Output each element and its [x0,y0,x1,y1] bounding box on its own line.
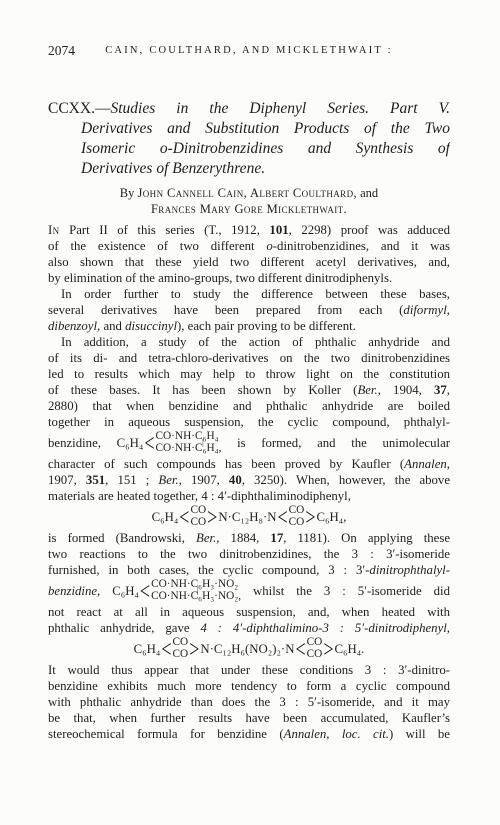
title-line: Isomeric o-Dinitrobenzidines and Synthes… [48,139,450,159]
page-header: 2074 CAIN, COULTHARD, AND MICKLETHWAIT : [48,43,450,59]
stack-row-bottom: CO [190,517,206,529]
text-segment: , 3250). When, however, the above [242,473,450,487]
body-line: In Part II of this series (T., 1912, 101… [48,222,450,238]
bond-line-icon: | [202,439,204,447]
text-segment: C₆H₄ [152,510,179,524]
angle-bracket-open-icon: < [144,431,154,455]
text-segment: C₆H₄. [334,642,364,656]
text-segment: several derivatives have been prepared f… [48,303,403,317]
formula-stack: COCO [190,505,206,529]
text-segment: In addition, a study of the action of ph… [61,335,450,349]
text-segment: By [120,186,138,200]
text-segment: is formed, and the unimolecular [221,436,450,450]
formula-line: C₆H₄<COCO>N·C₁₂H₆(NO₂)₂·N<COCO>C₆H₄. [48,636,450,662]
body-line: led to results which may help to throw l… [48,366,450,382]
text-segment: , 1907, [179,473,229,487]
angle-bracket-open-icon: < [277,505,287,529]
text-segment: N·C₁₂H₆(NO₂)₂·N [200,642,294,656]
stack-row-bottom: CO [172,649,188,661]
text-segment: benzidine, C₆H₄ [48,436,143,450]
text-segment: Frances Mary Gore Micklethwait. [151,202,347,216]
body-line: phthalic anhydride, gave 4 : 4′-diphthal… [48,620,450,636]
text-segment: be that, when further results have been … [48,711,450,725]
formula-stack: COCO [172,637,188,661]
text-segment: of these bases. It has been shown by Kol… [48,383,357,397]
body-line: also shown that these yield two differen… [48,254,450,270]
text-segment: and [357,186,378,200]
text-segment: character of such compounds has been pro… [48,457,404,471]
body-line: 1907, 351, 151 ; Ber., 1907, 40, 3250). … [48,472,450,488]
stack-row-bottom: CO [289,517,305,529]
body-line: is formed (Bandrowski, Ber., 1884, 17, 1… [48,530,450,546]
text-segment: , 1904, [378,383,434,397]
text-segment: furnished, in both cases, the cyclic com… [48,563,369,577]
text-segment: 40 [229,473,242,487]
text-segment: disuccinyl [125,319,177,333]
text-segment: diformyl [403,303,446,317]
text-segment: C₆H₄, [317,510,347,524]
byline: By John Cannell Cain, Albert Coulthard, … [48,185,450,217]
stack-row-bottom: CO·NH·C₆H₄, [155,443,221,455]
page-number: 2074 [48,43,75,59]
body-line: It would thus appear that under these co… [48,662,450,678]
body-line: character of such compounds has been pro… [48,456,450,472]
text-segment: Ber. [357,383,377,397]
text-segment: two reactions to the two dinitrobenzidin… [48,547,450,561]
angle-bracket-open-icon: < [179,505,189,529]
text-segment: , 1884, [216,531,270,545]
formula-stack: COCO [307,637,323,661]
body-line: benzidine exhibits much more tendency to… [48,678,450,694]
text-segment: , 1181). On applying these [283,531,450,545]
text-segment: In order further to study the difference… [61,287,450,301]
text-segment: led to results which may help to throw l… [48,367,450,381]
body-line: dibenzoyl, and disuccinyl), each pair pr… [48,318,450,334]
text-segment: whilst the 3 : 5′-isomeride did [241,584,450,598]
text-segment: CCXX.— [48,100,110,117]
text-segment: Derivatives of Benzerythrene. [81,160,265,177]
text-segment: C₆H₄ [100,584,139,598]
body-line: 2880) that when benzidine and phthalic a… [48,398,450,414]
text-segment: together in aqueous suspension, the cycl… [48,415,450,429]
text-segment: is formed (Bandrowski, [48,531,196,545]
text-segment: , [447,457,450,471]
byline-line: By John Cannell Cain, Albert Coulthard, … [48,185,450,201]
text-segment: John Cannell Cain, Albert Coulthard, [138,186,357,200]
angle-bracket-open-icon: < [161,637,171,661]
article-body: In Part II of this series (T., 1912, 101… [48,222,450,742]
body-line: with phthalic anhydride than does the 3 … [48,694,450,710]
angle-bracket-open-icon: < [295,637,305,661]
body-line: two reactions to the two dinitrobenzidin… [48,546,450,562]
text-segment: In [48,223,60,237]
text-segment: also shown that these yield two differen… [48,255,450,269]
text-segment: , 151 ; [105,473,158,487]
text-segment: benzidine, [48,584,100,598]
text-segment: 1907, [48,473,86,487]
text-segment: dinitrophthalyl- [369,563,450,577]
text-segment: , [447,383,450,397]
angle-bracket-close-icon: > [305,505,315,529]
body-line: In addition, a study of the action of ph… [48,334,450,350]
text-segment: Isomeric o-Dinitrobenzidines and Synthes… [81,140,450,157]
angle-bracket-close-icon: > [207,505,217,529]
body-line: furnished, in both cases, the cyclic com… [48,562,450,578]
angle-bracket-close-icon: > [189,637,199,661]
body-line: several derivatives have been prepared f… [48,302,450,318]
text-segment: phthalic anhydride, gave [48,621,200,635]
text-segment: materials are heated together, 4 : 4′-di… [48,489,351,503]
text-segment: Ber. [196,531,216,545]
text-segment: Annalen, loc. cit. [284,727,389,741]
text-segment: Ber. [158,473,178,487]
title-line: Derivatives of Benzerythrene. [48,159,450,179]
body-line: of the existence of two different o-dini… [48,238,450,254]
text-segment: of its di- and tetra-chloro-derivatives … [48,351,450,365]
text-segment: 17 [270,531,283,545]
byline-line: Frances Mary Gore Micklethwait. [48,201,450,217]
body-line: together in aqueous suspension, the cycl… [48,414,450,430]
text-segment: 351 [86,473,105,487]
body-line: benzidine, C₆H₄<CO·NH·C₆H₃·NO₂CO·NH·C₆H₃… [48,578,450,604]
angle-bracket-close-icon: > [323,637,333,661]
text-segment: , and [97,319,125,333]
text-segment: ) will be [389,727,450,741]
angle-bracket-open-icon: < [140,579,150,603]
body-line: be that, when further results have been … [48,710,450,726]
body-line: of its di- and tetra-chloro-derivatives … [48,350,450,366]
body-line: benzidine, C₆H₄<CO·NH·C₆H₄CO·NH·C₆H₄,| i… [48,430,450,456]
text-segment: Derivatives and Substitution Products of… [81,120,450,137]
text-segment: , 2298) proof was adduced [289,223,450,237]
text-segment: N·C₁₂H₈·N [218,510,276,524]
title-line: CCXX.—Studies in the Diphenyl Series. Pa… [48,99,450,119]
title-line: Derivatives and Substitution Products of… [48,119,450,139]
formula-stack: CO·NH·C₆H₃·NO₂CO·NH·C₆H₃·NO₂,| [151,579,241,603]
formula-stack: CO·NH·C₆H₄CO·NH·C₆H₄,| [155,431,221,455]
text-segment: 37 [434,383,447,397]
body-line: not react at all in aqueous suspension, … [48,604,450,620]
text-segment: , [447,303,450,317]
body-line: by elimination of the amino-groups, two … [48,270,450,286]
article-title: CCXX.—Studies in the Diphenyl Series. Pa… [48,99,450,179]
body-line: In order further to study the difference… [48,286,450,302]
formula-line: C₆H₄<COCO>N·C₁₂H₈·N<COCO>C₆H₄, [48,504,450,530]
bond-line-icon: | [197,587,199,595]
text-segment: by elimination of the amino-groups, two … [48,271,392,285]
text-segment: C₆H₄ [134,642,161,656]
running-head: CAIN, COULTHARD, AND MICKLETHWAIT : [48,43,450,59]
text-segment: benzidine exhibits much more tendency to… [48,679,450,693]
text-segment: Part II of this series (T., 1912, [60,223,270,237]
body-line: materials are heated together, 4 : 4′-di… [48,488,450,504]
text-segment: 4 : 4′-diphthalimino-3 : 5′-dinitrodiphe… [200,621,450,635]
text-segment: 2880) that when benzidine and phthalic a… [48,399,450,413]
text-segment: dibenzoyl [48,319,97,333]
text-segment: 101 [269,223,288,237]
text-segment: It would thus appear that under these co… [48,663,450,677]
text-segment: with phthalic anhydride than does the 3 … [48,695,450,709]
text-segment: -dinitrobenzidines, and it was [273,239,450,253]
text-segment: of the existence of two different [48,239,266,253]
text-segment: stereochemical formula for benzidine ( [48,727,284,741]
text-segment: not react at all in aqueous suspension, … [48,605,450,619]
text-segment: Studies in the Diphenyl Series. Part V. [110,100,450,117]
body-line: stereochemical formula for benzidine (An… [48,726,450,742]
text-segment: Annalen [404,457,447,471]
journal-page: 2074 CAIN, COULTHARD, AND MICKLETHWAIT :… [0,0,500,825]
body-line: of these bases. It has been shown by Kol… [48,382,450,398]
stack-row-bottom: CO [307,649,323,661]
formula-stack: COCO [289,505,305,529]
text-segment: ), each pair proving to be different. [177,319,356,333]
